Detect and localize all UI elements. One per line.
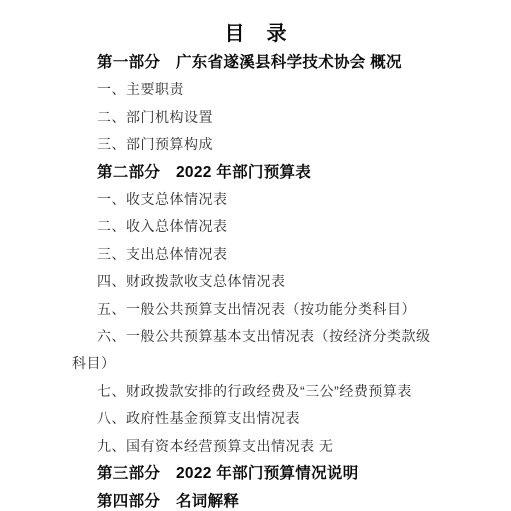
toc-item-part2-5: 五、一般公共预算支出情况表（按功能分类科目） [72, 296, 440, 323]
toc-item-part2-2: 二、收入总体情况表 [72, 213, 440, 240]
toc-item-part2-1: 一、收支总体情况表 [72, 186, 440, 213]
toc-item-part1-2: 二、部门机构设置 [72, 104, 440, 131]
toc-item-part2-8: 八、政府性基金预算支出情况表 [72, 405, 440, 432]
toc-item-part2-9: 九、国有资本经营预算支出情况表 无 [72, 433, 440, 460]
document-page: 目 录 第一部分 广东省遂溪县科学技术协会 概况 一、主要职责 二、部门机构设置… [0, 0, 511, 511]
toc-item-part1-1: 一、主要职责 [72, 76, 440, 103]
toc-heading-part-1: 第一部分 广东省遂溪县科学技术协会 概况 [72, 49, 440, 76]
page-title: 目 录 [72, 20, 440, 48]
toc-heading-part-3: 第三部分 2022 年部门预算情况说明 [72, 460, 440, 487]
toc-heading-part-2: 第二部分 2022 年部门预算表 [72, 159, 440, 186]
table-of-contents: 第一部分 广东省遂溪县科学技术协会 概况 一、主要职责 二、部门机构设置 三、部… [72, 49, 440, 511]
toc-heading-part-4: 第四部分 名词解释 [72, 488, 440, 511]
toc-item-part2-3: 三、支出总体情况表 [72, 241, 440, 268]
toc-item-part2-6: 六、一般公共预算基本支出情况表（按经济分类款级科目） [72, 323, 440, 378]
toc-item-part2-7: 七、财政拨款安排的行政经费及“三公”经费预算表 [72, 378, 440, 405]
toc-item-part1-3: 三、部门预算构成 [72, 131, 440, 158]
toc-item-part2-4: 四、财政拨款收支总体情况表 [72, 268, 440, 295]
